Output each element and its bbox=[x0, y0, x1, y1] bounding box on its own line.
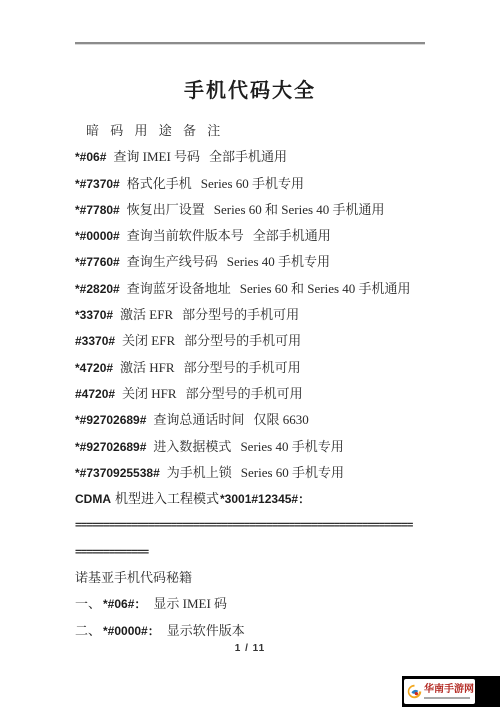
list-item: 一、*#06#：显示 IMEI 码 bbox=[75, 591, 435, 617]
watermark-banner: 华南手游网 bbox=[402, 676, 500, 707]
code-note: 仅限 6630 bbox=[253, 412, 308, 427]
table-row: *#7370#格式化手机Series 60 手机专用 bbox=[75, 171, 435, 197]
code-note: Series 60 和 Series 40 手机通用 bbox=[240, 281, 411, 296]
code-note: 全部手机通用 bbox=[209, 149, 287, 164]
code-note: 全部手机通用 bbox=[253, 228, 331, 243]
phone-code: *#7780# bbox=[75, 203, 120, 217]
document-title: 手机代码大全 bbox=[0, 74, 500, 103]
table-row: *#92702689#进入数据模式Series 40 手机专用 bbox=[75, 434, 435, 460]
code-note: Series 60 手机专用 bbox=[201, 176, 304, 191]
phone-code: *#92702689# bbox=[75, 440, 146, 454]
code-purpose: 关闭 HFR bbox=[122, 386, 177, 401]
document-body: 暗 码 用 途 备 注 *#06#查询 IMEI 号码全部手机通用 *#7370… bbox=[75, 118, 435, 644]
cdma-code: *3001#12345#： bbox=[220, 492, 310, 506]
code-purpose: 格式化手机 bbox=[127, 176, 192, 191]
list-item-number: 二、 bbox=[75, 623, 101, 638]
table-row: *#92702689#查询总通话时间仅限 6630 bbox=[75, 407, 435, 433]
phone-code: *#2820# bbox=[75, 282, 120, 296]
section-heading: 诺基亚手机代码秘籍 bbox=[75, 565, 435, 591]
code-purpose: 激活 EFR bbox=[120, 307, 173, 322]
phone-code: #4720# bbox=[75, 387, 115, 401]
phone-code: *#0000#： bbox=[103, 624, 160, 638]
phone-code: *#06# bbox=[75, 150, 106, 164]
code-purpose: 进入数据模式 bbox=[153, 439, 231, 454]
phone-code: *#0000# bbox=[75, 229, 120, 243]
watermark-logo-box: 华南手游网 bbox=[404, 679, 475, 704]
code-purpose: 查询生产线号码 bbox=[127, 254, 218, 269]
code-note: Series 40 手机专用 bbox=[240, 439, 343, 454]
list-item: 二、*#0000#：显示软件版本 bbox=[75, 618, 435, 644]
table-row: *#7370925538#为手机上锁Series 60 手机专用 bbox=[75, 460, 435, 486]
code-purpose: 激活 HFR bbox=[120, 360, 175, 375]
list-item-number: 一、 bbox=[75, 596, 101, 611]
table-row: *4720#激活 HFR部分型号的手机可用 bbox=[75, 355, 435, 381]
phone-code: *4720# bbox=[75, 361, 113, 375]
phone-code: *3370# bbox=[75, 308, 113, 322]
table-row: *#0000#查询当前软件版本号全部手机通用 bbox=[75, 223, 435, 249]
code-purpose: 查询蓝牙设备地址 bbox=[127, 281, 231, 296]
code-purpose: 查询总通话时间 bbox=[153, 412, 244, 427]
code-note: Series 40 手机专用 bbox=[227, 254, 330, 269]
table-row: #4720#关闭 HFR部分型号的手机可用 bbox=[75, 381, 435, 407]
cdma-text: 机型进入工程模式 bbox=[115, 491, 219, 506]
document-page: 手机代码大全 暗 码 用 途 备 注 *#06#查询 IMEI 号码全部手机通用… bbox=[0, 0, 500, 707]
table-header-row: 暗 码 用 途 备 注 bbox=[75, 118, 435, 144]
cdma-label: CDMA bbox=[75, 492, 111, 506]
header-rule bbox=[75, 42, 425, 45]
phone-code: *#06#： bbox=[103, 597, 146, 611]
code-note: 部分型号的手机可用 bbox=[186, 386, 303, 401]
separator-line-short: ============= bbox=[75, 539, 427, 565]
watermark-text-block: 华南手游网 bbox=[424, 684, 472, 699]
table-row: *#7760#查询生产线号码Series 40 手机专用 bbox=[75, 249, 435, 275]
phone-code: *#7370# bbox=[75, 177, 120, 191]
swirl-badge-icon bbox=[407, 684, 422, 699]
code-note: 部分型号的手机可用 bbox=[182, 307, 299, 322]
code-purpose: 为手机上锁 bbox=[167, 465, 232, 480]
code-note: 部分型号的手机可用 bbox=[184, 333, 301, 348]
table-row: *#06#查询 IMEI 号码全部手机通用 bbox=[75, 144, 435, 170]
table-row: *#2820#查询蓝牙设备地址Series 60 和 Series 40 手机通… bbox=[75, 276, 435, 302]
code-purpose: 查询 IMEI 号码 bbox=[113, 149, 200, 164]
phone-code: *#7760# bbox=[75, 255, 120, 269]
table-row: #3370#关闭 EFR部分型号的手机可用 bbox=[75, 328, 435, 354]
code-note: 部分型号的手机可用 bbox=[184, 360, 301, 375]
code-note: Series 60 手机专用 bbox=[241, 465, 344, 480]
phone-code: *#7370925538# bbox=[75, 466, 160, 480]
list-item-text: 显示 IMEI 码 bbox=[153, 596, 227, 611]
watermark-url-line bbox=[424, 697, 470, 699]
code-purpose: 关闭 EFR bbox=[122, 333, 175, 348]
table-row: *3370#激活 EFR部分型号的手机可用 bbox=[75, 302, 435, 328]
table-row: *#7780#恢复出厂设置Series 60 和 Series 40 手机通用 bbox=[75, 197, 435, 223]
separator-line-long: ========================================… bbox=[75, 512, 427, 538]
watermark-site-name: 华南手游网 bbox=[424, 684, 472, 695]
code-purpose: 查询当前软件版本号 bbox=[127, 228, 244, 243]
cdma-mode-line: CDMA机型进入工程模式*3001#12345#： bbox=[75, 486, 435, 512]
list-item-text: 显示软件版本 bbox=[167, 623, 245, 638]
phone-code: #3370# bbox=[75, 334, 115, 348]
code-purpose: 恢复出厂设置 bbox=[127, 202, 205, 217]
phone-code: *#92702689# bbox=[75, 413, 146, 427]
page-number: 1 / 11 bbox=[0, 643, 500, 654]
code-note: Series 60 和 Series 40 手机通用 bbox=[214, 202, 385, 217]
